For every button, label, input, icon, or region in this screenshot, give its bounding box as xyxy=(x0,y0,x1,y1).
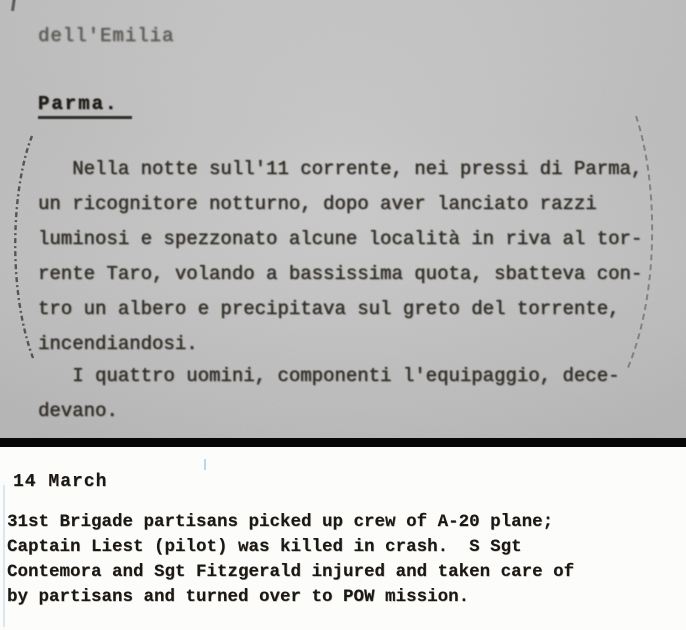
paragraph-line: Contemora and Sgt Fitzgerald injured and… xyxy=(7,560,574,585)
paragraph-line: I quattro uomini, componenti l'equipaggi… xyxy=(38,359,620,394)
left-parenthesis-mark xyxy=(15,136,33,358)
scanned-document-page: dell'Emilia Parma. Nella notte sull'11 c… xyxy=(0,0,686,630)
date-heading: 14 March xyxy=(13,472,107,492)
section-heading-parma: Parma. xyxy=(38,93,132,119)
italian-paragraph-1: Nella notte sull'11 corrente, nei pressi… xyxy=(38,152,642,362)
paragraph-line: rente Taro, volando a bassissima quota, … xyxy=(38,257,642,292)
paragraph-line: un ricognitore notturno, dopo aver lanci… xyxy=(38,187,642,222)
italian-report-fragment: dell'Emilia Parma. Nella notte sull'11 c… xyxy=(0,0,686,438)
paragraph-line: Captain Liest (pilot) was killed in cras… xyxy=(7,535,574,560)
paragraph-line: devano. xyxy=(38,394,620,429)
scan-divider-bar xyxy=(0,438,686,447)
italian-paragraph-2: I quattro uomini, componenti l'equipaggi… xyxy=(38,359,620,429)
paragraph-line: tro un albero e precipitava sul greto de… xyxy=(38,292,642,327)
page-header-fragment: dell'Emilia xyxy=(38,25,174,47)
ink-speck xyxy=(11,0,16,11)
blue-margin-line xyxy=(3,485,5,627)
paragraph-line: by partisans and turned over to POW miss… xyxy=(7,585,574,610)
section-heading-label: Parma. xyxy=(38,93,132,119)
paragraph-line: Nella notte sull'11 corrente, nei pressi… xyxy=(38,152,642,187)
english-report-fragment: 14 March 31st Brigade partisans picked u… xyxy=(0,447,686,630)
blue-pen-tick xyxy=(204,459,206,470)
paragraph-line: luminosi e spezzonato alcune località in… xyxy=(38,222,642,257)
english-paragraph: 31st Brigade partisans picked up crew of… xyxy=(7,510,574,610)
paragraph-line: 31st Brigade partisans picked up crew of… xyxy=(7,510,574,535)
paragraph-line: incendiandosi. xyxy=(38,327,642,362)
